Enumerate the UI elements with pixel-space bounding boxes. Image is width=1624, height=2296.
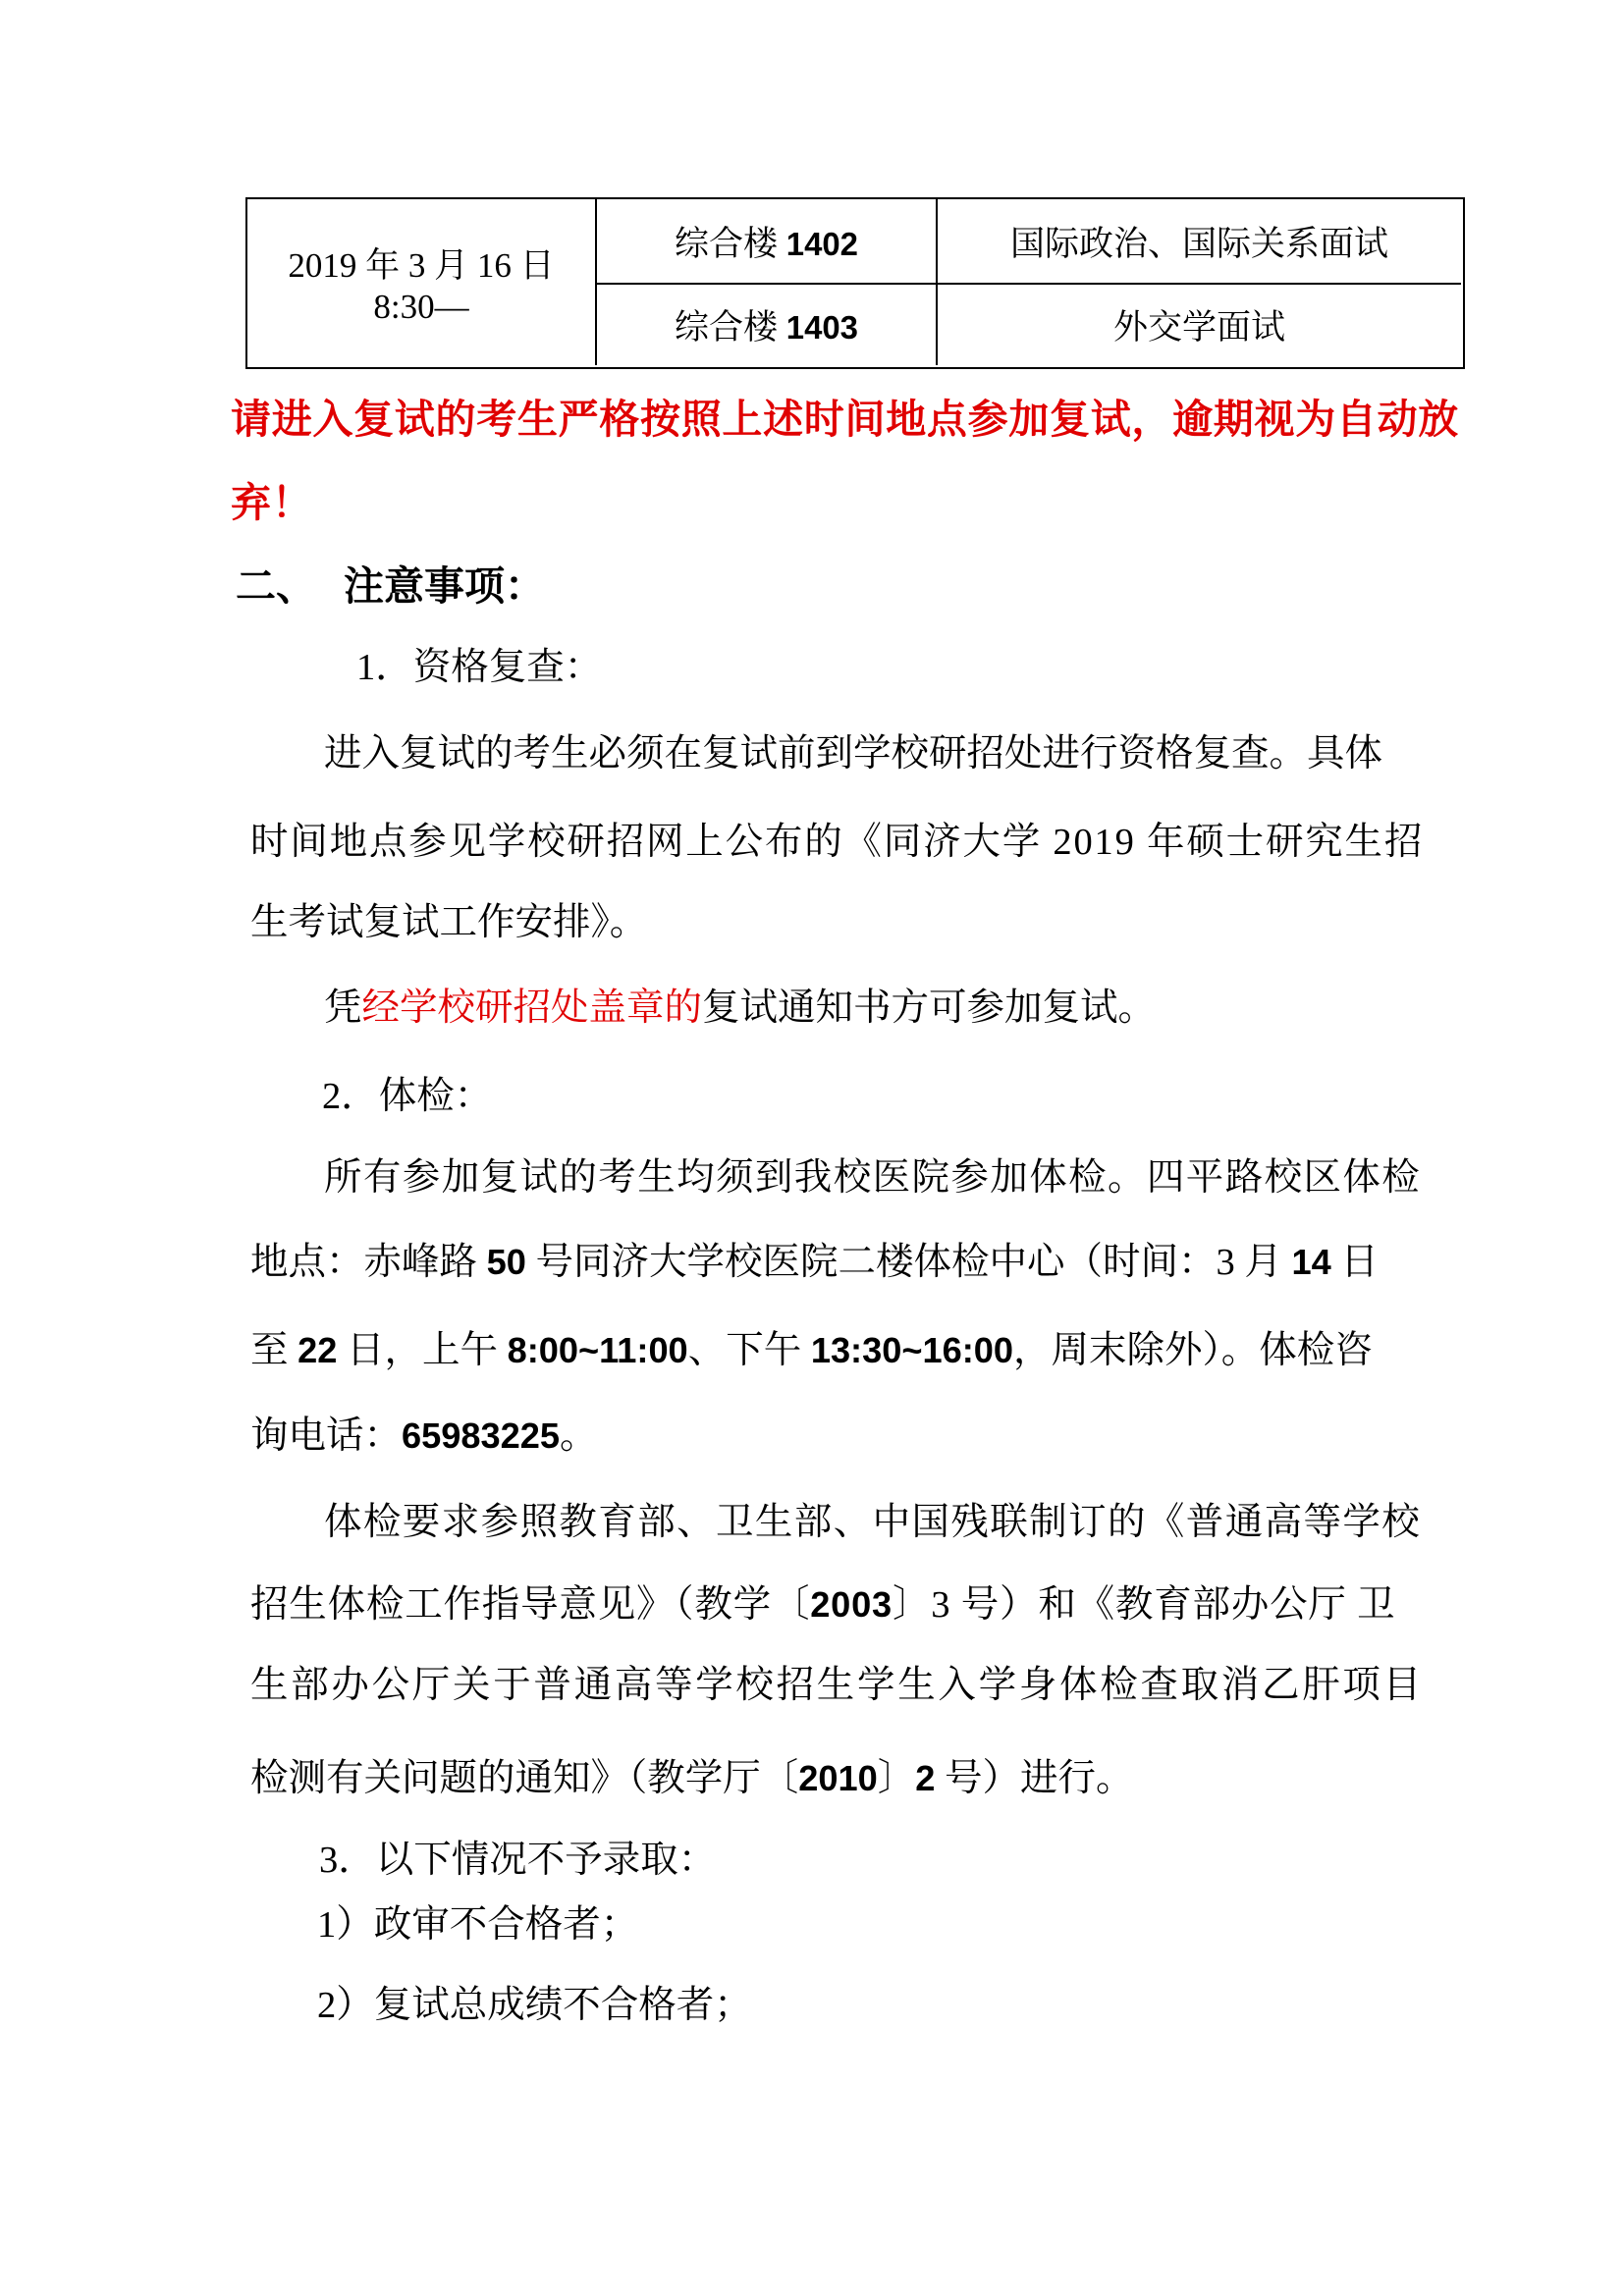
text-run: 14 [1292,1242,1331,1282]
room-number: 1403 [786,309,858,346]
cell-interview-1: 国际政治、国际关系面试 [936,199,1461,283]
text-line-7: 生考试复试工作安排》。 [250,893,647,952]
text-run: 号）进行。 [935,1758,1133,1799]
text-run: 3．以下情况不予录取： [319,1840,716,1881]
text-run: 体检要求参照教育部、卫生部、中国残联制订的《普通高等学校 [324,1502,1421,1543]
text-line-14: 体检要求参照教育部、卫生部、中国残联制订的《普通高等学校 [324,1493,1421,1552]
text-line-19: 1）政审不合格者； [317,1896,638,1954]
text-run: 〕 [878,1758,916,1799]
text-run: 13:30~16:00 [811,1330,1013,1370]
text-line-10: 所有参加复试的考生均须到我校医院参加体检。四平路校区体检 [324,1148,1421,1207]
text-line-20: 2）复试总成绩不合格者； [317,1976,752,2035]
text-run: 地点：赤峰路 [250,1242,487,1283]
room-number: 1402 [786,226,858,262]
text-run: 至 [250,1330,298,1371]
text-line-5: 进入复试的考生必须在复试前到学校研招处进行资格复查。具体 [324,724,1382,783]
text-run: 所有参加复试的考生均须到我校医院参加体检。四平路校区体检 [324,1157,1421,1199]
text-run: 22 [298,1330,337,1370]
room-label: 综合楼 1403 [675,300,858,349]
text-run: 生部办公厅关于普通高等学校招生学生入学身体检查取消乙肝项目 [250,1665,1424,1706]
text-line-1: 请进入复试的考生严格按照上述时间地点参加复试，逾期视为自动放 [231,390,1459,449]
schedule-table: 2019 年 3 月 16 日 8:30— 综合楼 1402 国际政治、国际关系… [245,197,1465,369]
interview-subject: 外交学面试 [1113,300,1285,349]
text-line-4: 1．资格复查： [356,638,602,697]
text-run: 询电话： [250,1415,402,1457]
text-run: 8:00~11:00 [508,1330,688,1370]
text-run: 65983225 [402,1415,560,1456]
text-line-3: 二、注意事项： [236,557,545,615]
text-line-18: 3．以下情况不予录取： [319,1831,716,1890]
text-run: 2．体检： [322,1076,492,1117]
text-run: 招生体检工作指导意见》（教学〔 [250,1584,810,1626]
text-run: 请进入复试的考生严格按照上述时间地点参加复试，逾期视为自动放 [231,397,1459,442]
text-line-15: 招生体检工作指导意见》（教学〔2003〕3 号）和《教育部办公厅 卫 [250,1575,1395,1634]
text-run: 生考试复试工作安排》。 [250,902,647,943]
interview-time: 8:30— [373,288,468,327]
cell-datetime: 2019 年 3 月 16 日 8:30— [247,199,595,365]
text-run: 2 [915,1758,935,1798]
text-run: 。 [560,1415,598,1457]
text-line-2: 弃！ [231,473,312,532]
document-page: 2019 年 3 月 16 日 8:30— 综合楼 1402 国际政治、国际关系… [0,0,1624,2296]
text-run: 复试通知书方可参加复试。 [702,988,1156,1029]
text-line-17: 检测有关问题的通知》（教学厅〔2010〕2 号）进行。 [250,1749,1134,1808]
text-line-9: 2．体检： [322,1067,492,1126]
text-run: 日，上午 [337,1330,507,1371]
text-run: 50 [487,1242,526,1282]
cell-interview-2: 外交学面试 [936,283,1461,365]
interview-date: 2019 年 3 月 16 日 [288,239,554,288]
room-label: 综合楼 1402 [675,217,858,266]
red-emphasis-text: 经学校研招处盖章的 [362,988,703,1029]
interview-subject: 国际政治、国际关系面试 [1010,217,1388,266]
text-run: 1）政审不合格者； [317,1904,638,1946]
text-run: 1．资格复查： [356,647,602,688]
text-run: 弃！ [231,480,312,525]
cell-room-2: 综合楼 1403 [595,283,936,365]
text-run: 〕3 号）和《教育部办公厅 卫 [893,1584,1396,1626]
text-run: 2003 [810,1584,893,1625]
text-run: 时间地点参见学校研招网上公布的《同济大学 2019 年硕士研究生招 [250,822,1424,863]
text-line-11: 地点：赤峰路 50 号同济大学校医院二楼体检中心（时间：3 月 14 日 [250,1233,1379,1292]
text-run: 注意事项： [344,563,545,609]
text-run: 进入复试的考生必须在复试前到学校研招处进行资格复查。具体 [324,733,1382,774]
text-run: 检测有关问题的通知》（教学厅〔 [250,1758,798,1799]
text-run: 2）复试总成绩不合格者； [317,1985,752,2026]
text-line-13: 询电话：65983225。 [250,1407,597,1466]
text-run: 凭 [324,988,362,1029]
cell-room-1: 综合楼 1402 [595,199,936,283]
text-run: 日 [1331,1242,1379,1283]
text-line-8: 凭经学校研招处盖章的复试通知书方可参加复试。 [324,979,1156,1038]
text-run: ，周末除外）。体检咨 [1013,1330,1373,1371]
text-run: 号同济大学校医院二楼体检中心（时间：3 月 [526,1242,1292,1283]
text-run: 2010 [798,1758,877,1798]
text-run: 二、 [236,563,316,609]
text-line-6: 时间地点参见学校研招网上公布的《同济大学 2019 年硕士研究生招 [250,813,1424,872]
text-line-12: 至 22 日，上午 8:00~11:00、下午 13:30~16:00，周末除外… [250,1321,1373,1380]
text-line-16: 生部办公厅关于普通高等学校招生学生入学身体检查取消乙肝项目 [250,1656,1424,1715]
text-run: 、下午 [688,1330,811,1371]
